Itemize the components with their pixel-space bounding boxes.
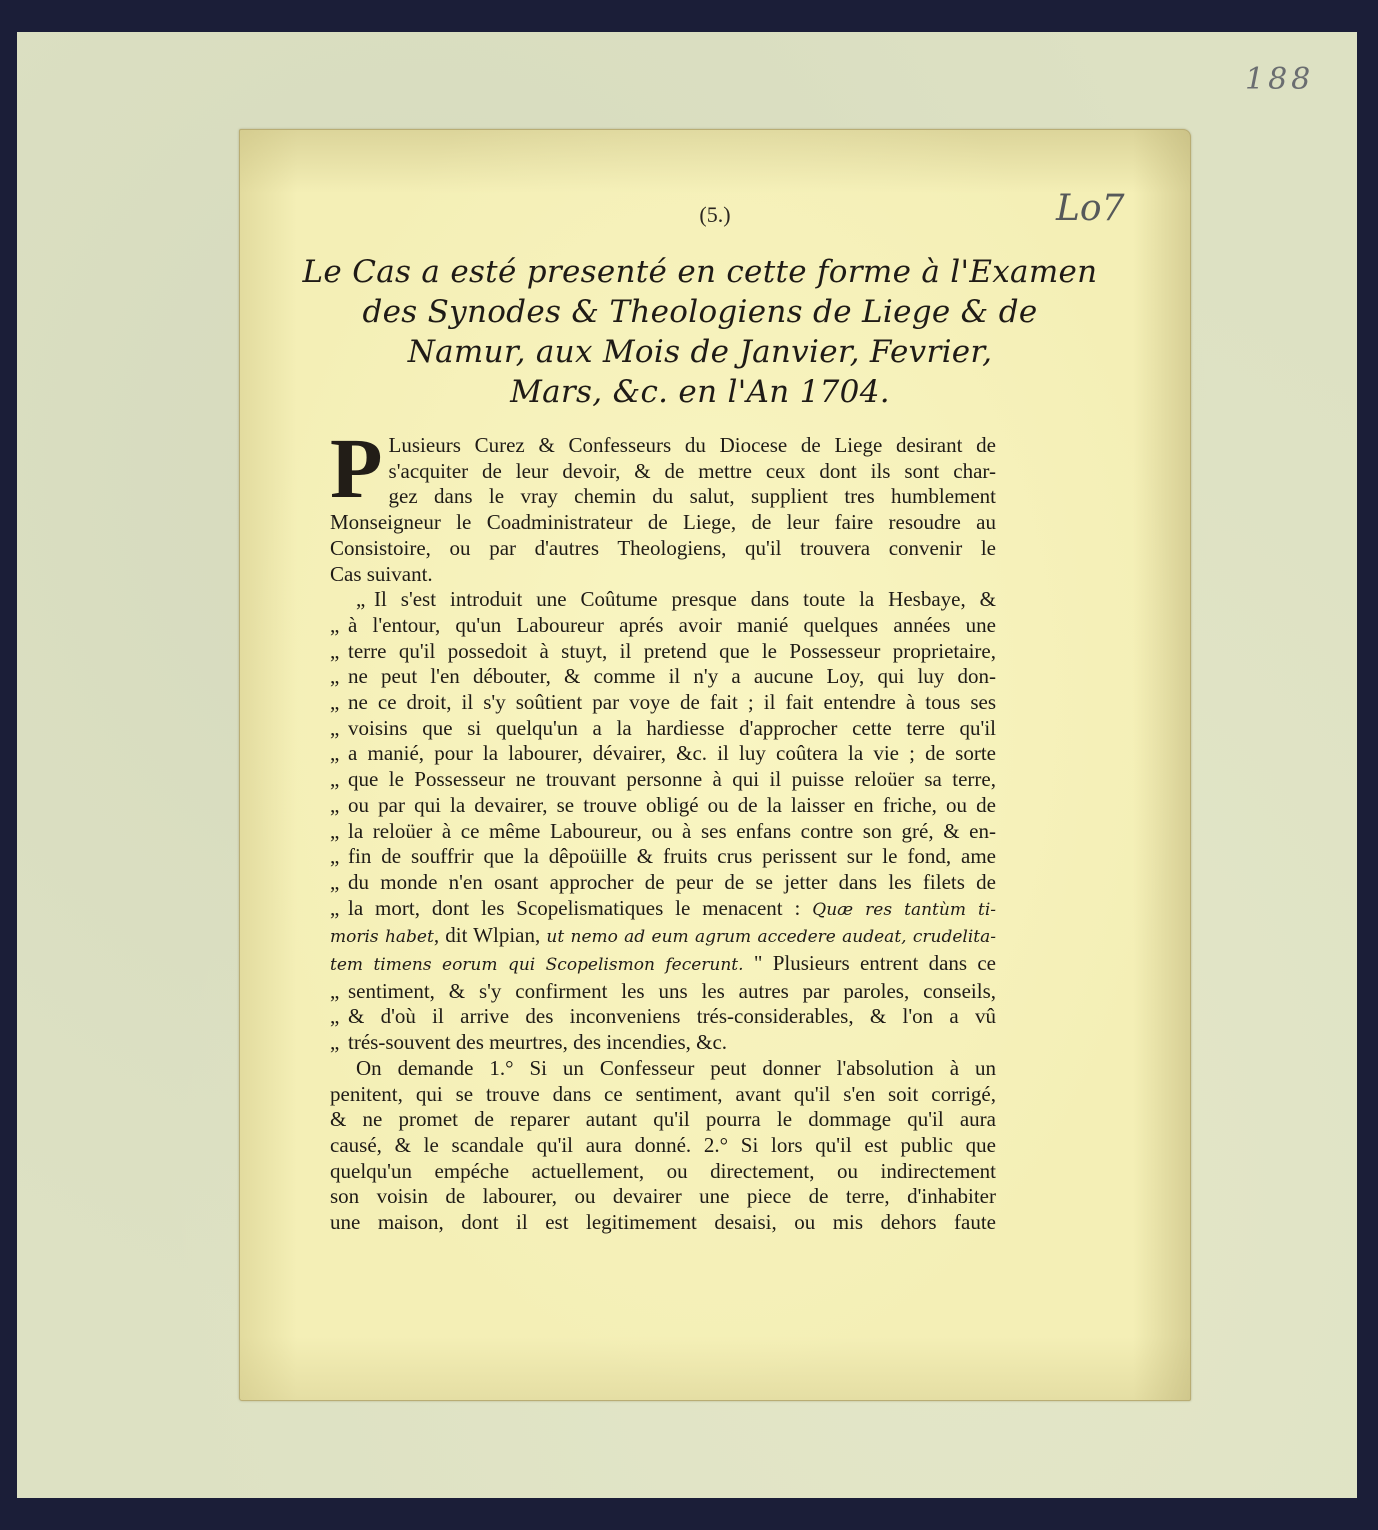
title-line: des Synodes & Theologiens de Liege & de xyxy=(300,292,1100,332)
text-line: „ou par qui la devairer, se trouve oblig… xyxy=(330,793,996,819)
text-line: son voisin de labourer, ou devairer une … xyxy=(330,1184,996,1210)
text-line: „trés-souvent des meurtres, des incendie… xyxy=(330,1030,996,1056)
title-line: Namur, aux Mois de Janvier, Fevrier, xyxy=(300,332,1100,372)
text-line: „& d'où il arrive des inconveniens trés-… xyxy=(330,1004,996,1030)
text-line: „voisins que si quelqu'un a la hardiesse… xyxy=(330,716,996,742)
text-line: „la reloüer à ce même Laboureur, ou à se… xyxy=(330,819,996,845)
text-line: „a manié, pour la labourer, dévairer, &c… xyxy=(330,741,996,767)
text-line: „ne peut l'en débouter, & comme il n'y a… xyxy=(330,664,996,690)
title-line: Mars, &c. en l'An 1704. xyxy=(300,372,1100,412)
text-line: „fin de souffrir que la dêpoüille & frui… xyxy=(330,844,996,870)
text-line: causé, & le scandale qu'il aura donné. 2… xyxy=(330,1133,996,1159)
text-line: „à l'entour, qu'un Laboureur aprés avoir… xyxy=(330,613,996,639)
text-line: moris habet, dit Wlpian, ut nemo ad eum … xyxy=(330,923,996,951)
text-line: „terre qu'il possedoit à stuyt, il prete… xyxy=(330,639,996,665)
shelfmark-annotation: 188 xyxy=(1245,62,1314,97)
text-line: „sentiment, & s'y confirment les uns les… xyxy=(330,979,996,1005)
text-line: Cas suivant. xyxy=(330,562,996,588)
text-line: & ne promet de reparer autant qu'il pour… xyxy=(330,1107,996,1133)
text-line: „ne ce droit, il s'y soûtient par voye d… xyxy=(330,690,996,716)
page-number: (5.) xyxy=(240,202,1190,228)
text-line: Monseigneur le Coadministrateur de Liege… xyxy=(330,510,996,536)
page-title: Le Cas a esté presenté en cette forme à … xyxy=(300,252,1100,412)
text-line: quelqu'un empéche actuellement, ou direc… xyxy=(330,1159,996,1185)
text-line: Lusieurs Curez & Confesseurs du Diocese … xyxy=(330,433,996,459)
text-line: „la mort, dont les Scopelismatiques le m… xyxy=(330,896,996,924)
text-line: Consistoire, ou par d'autres Theologiens… xyxy=(330,536,996,562)
text-line: gez dans le vray chemin du salut, suppli… xyxy=(330,484,996,510)
latin-quotation: ut nemo ad eum agrum accedere audeat, cr… xyxy=(546,927,996,947)
body-text: P Lusieurs Curez & Confesseurs du Dioces… xyxy=(330,433,996,1236)
text-line: „Il s'est introduit une Coûtume presque … xyxy=(330,587,996,613)
text-line: On demande 1.° Si un Confesseur peut don… xyxy=(330,1056,996,1082)
text-line: „que le Possesseur ne trouvant personne … xyxy=(330,767,996,793)
latin-quotation: Quæ res tantùm ti- xyxy=(812,900,996,920)
title-line: Le Cas a esté presenté en cette forme à … xyxy=(300,252,1100,292)
text-line: s'acquiter de leur devoir, & de mettre c… xyxy=(330,459,996,485)
paragraph-questions: On demande 1.° Si un Confesseur peut don… xyxy=(330,1056,996,1236)
mount-board: 188 Lo7 (5.) Le Cas a esté presenté en c… xyxy=(17,32,1357,1498)
latin-quotation: moris habet xyxy=(330,927,434,947)
text-line: une maison, dont il est legitimement des… xyxy=(330,1210,996,1236)
drop-cap: P xyxy=(330,435,383,507)
text-line: tem timens eorum qui Scopelismon fecerun… xyxy=(330,951,996,979)
paragraph-petition: P Lusieurs Curez & Confesseurs du Dioces… xyxy=(330,433,996,587)
paragraph-case: „Il s'est introduit une Coûtume presque … xyxy=(330,587,996,1056)
text-line: „du monde n'en osant approcher de peur d… xyxy=(330,870,996,896)
latin-quotation: tem timens eorum qui Scopelismon fecerun… xyxy=(330,955,744,975)
printed-page: Lo7 (5.) Le Cas a esté presenté en cette… xyxy=(239,129,1191,1401)
text-line: penitent, qui se trouve dans ce sentimen… xyxy=(330,1082,996,1108)
